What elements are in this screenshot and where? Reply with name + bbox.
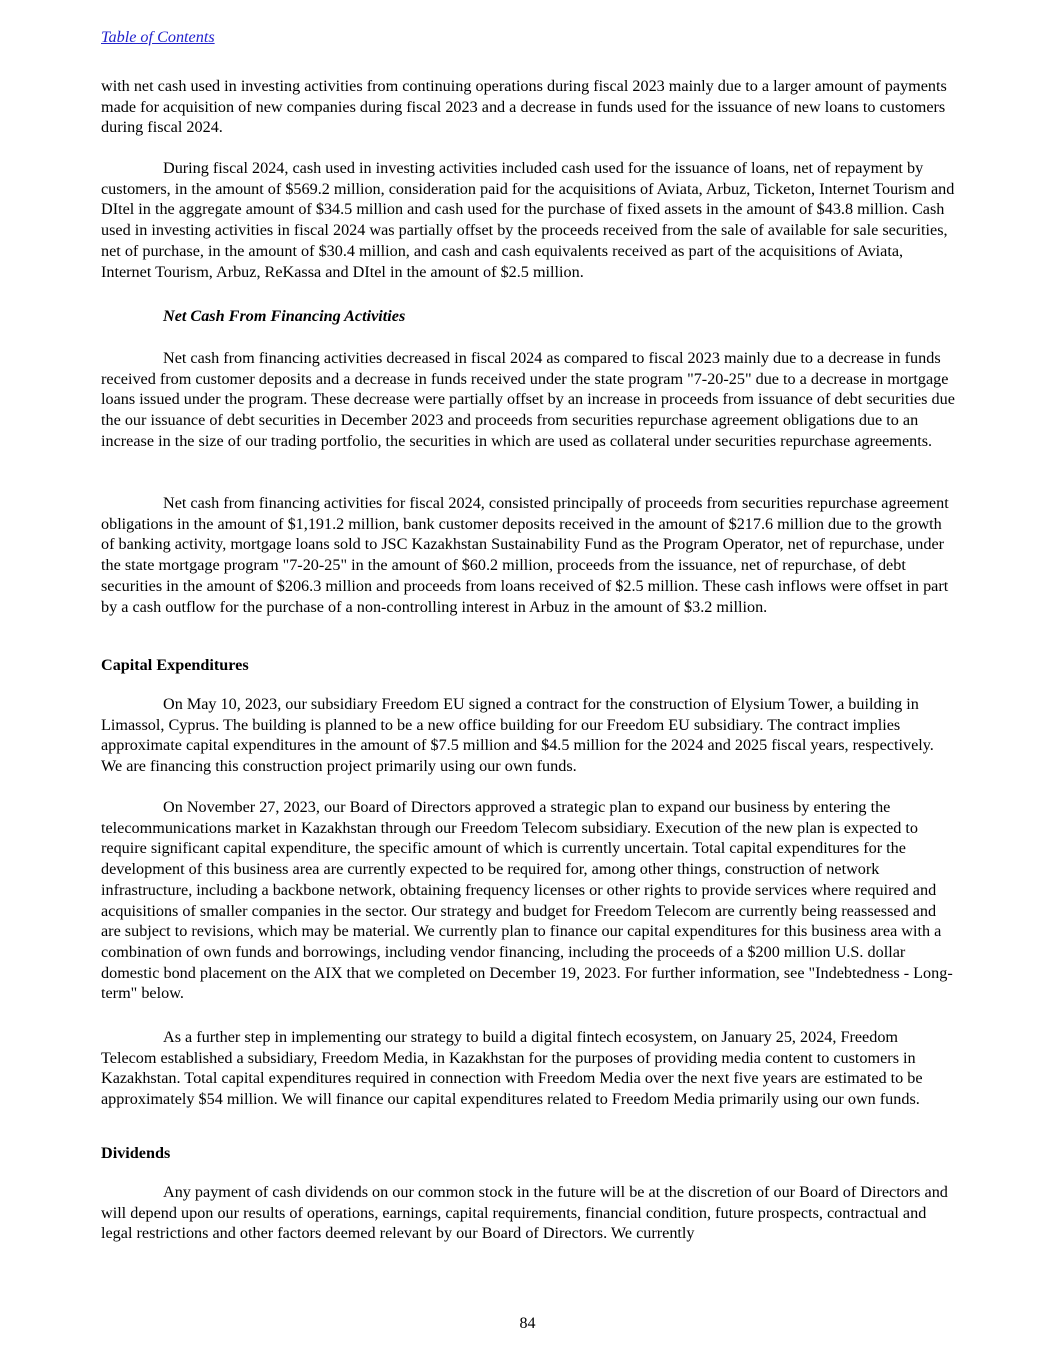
- heading-capital-expenditures: Capital Expenditures: [101, 655, 957, 676]
- paragraph-dividends: Any payment of cash dividends on our com…: [101, 1182, 957, 1244]
- subheading-net-cash-financing: Net Cash From Financing Activities: [101, 306, 957, 327]
- paragraph-capex-freedom-media: As a further step in implementing our st…: [101, 1027, 957, 1110]
- page-number: 84: [0, 1314, 1055, 1335]
- table-of-contents-link[interactable]: Table of Contents: [101, 27, 215, 48]
- paragraph-capex-freedom-telecom: On November 27, 2023, our Board of Direc…: [101, 797, 957, 1004]
- paragraph-investing-continuation: with net cash used in investing activiti…: [101, 76, 957, 138]
- paragraph-investing-fiscal-2024: During fiscal 2024, cash used in investi…: [101, 158, 957, 282]
- paragraph-capex-elysium-tower: On May 10, 2023, our subsidiary Freedom …: [101, 694, 957, 777]
- paragraph-financing-decrease: Net cash from financing activities decre…: [101, 348, 957, 452]
- heading-dividends: Dividends: [101, 1143, 957, 1164]
- paragraph-financing-fiscal-2024: Net cash from financing activities for f…: [101, 493, 957, 617]
